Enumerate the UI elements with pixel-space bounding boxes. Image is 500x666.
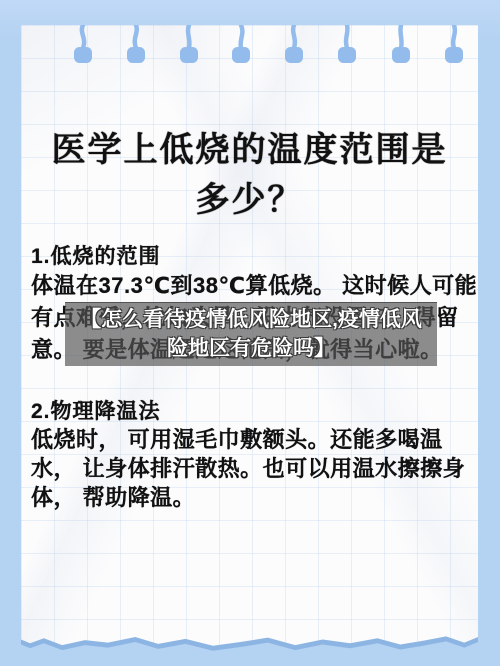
overlay-line-1: 【怎么看待疫情低风险地区,疫情低风	[65, 305, 437, 334]
section-cooling-method: 2.物理降温法 低烧时， 可用湿毛巾敷额头。还能多喝温 水， 让身体排汗散热。也…	[31, 399, 478, 512]
binder-clip-icon	[124, 25, 148, 65]
title-line-2: 多少？	[21, 175, 478, 225]
post-title: 医学上低烧的温度范围是 多少？	[21, 125, 478, 225]
section-heading: 2.物理降温法	[31, 399, 478, 425]
section-body-line: 体， 帮助降温。	[31, 483, 478, 512]
binder-clip-icon	[442, 25, 466, 65]
binder-clip-icon	[389, 25, 413, 65]
caption-overlay: 【怎么看待疫情低风险地区,疫情低风 险地区有危险吗】	[65, 302, 437, 366]
binder-clip-icon	[335, 25, 359, 65]
binder-clip-icon	[177, 25, 201, 65]
binder-clip-icon	[229, 25, 253, 65]
section-body-line: 水， 让身体排汗散热。也可以用温水擦擦身	[31, 454, 478, 483]
title-line-1: 医学上低烧的温度范围是	[21, 125, 478, 175]
binder-clip-icon	[71, 25, 95, 65]
section-body-line: 体温在37.3℃到38℃算低烧。 这时候人可能	[31, 270, 478, 302]
section-heading: 1.低烧的范围	[31, 244, 478, 270]
notebook-paper: 医学上低烧的温度范围是 多少？ 1.低烧的范围 体温在37.3℃到38℃算低烧。…	[21, 25, 478, 647]
overlay-line-2: 险地区有危险吗】	[65, 334, 437, 363]
section-body-line: 低烧时， 可用湿毛巾敷额头。还能多喝温	[31, 425, 478, 454]
section-body: 低烧时， 可用湿毛巾敷额头。还能多喝温 水， 让身体排汗散热。也可以用温水擦擦身…	[31, 425, 478, 512]
binder-clip-icon	[282, 25, 306, 65]
